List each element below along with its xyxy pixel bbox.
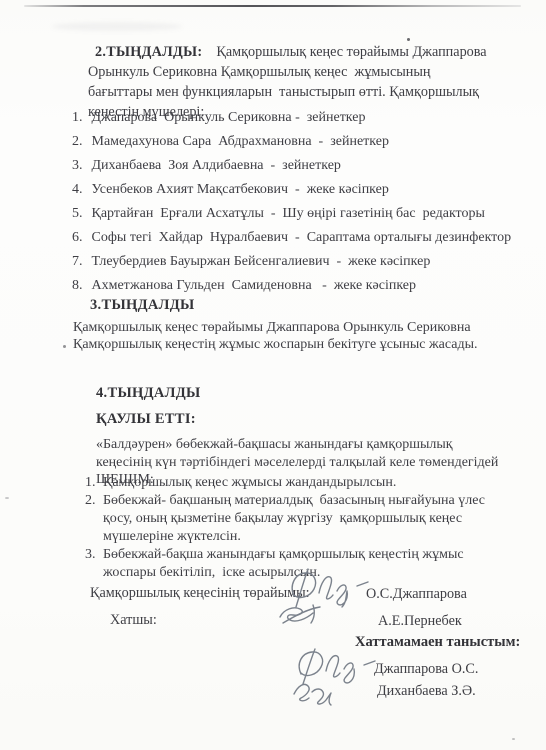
scan-artifact-smudge <box>52 22 182 31</box>
scanned-protocol-page: 2.ТЫҢДАЛДЫ:Қамқоршылық кеңес төрайымы Дж… <box>0 0 546 750</box>
member-number: 3. <box>72 158 88 173</box>
member-text: Мамедахунова Сара Абдрахмановна - зейнет… <box>92 134 389 149</box>
scan-artifact-dot <box>63 345 66 348</box>
member-text: Қартайған Ерғали Асхатұлы - Шу өңірі газ… <box>92 206 485 221</box>
member-text: Софы тегі Хайдар Нұралбаевич - Сараптама… <box>92 230 512 245</box>
member-row: 2. Мамедахунова Сара Абдрахмановна - зей… <box>72 134 532 149</box>
section-2-heading: 2.ТЫҢДАЛДЫ: <box>95 44 202 60</box>
section-4-heading: 4.ТЫҢДАЛДЫ <box>96 385 201 402</box>
member-row: 6. Софы тегі Хайдар Нұралбаевич - Сарапт… <box>72 230 532 245</box>
member-row: 7. Тлеубердиев Бауыржан Бейсенгалиевич -… <box>72 254 532 269</box>
decisions-list: 1.Қамқоршылық кеңес жұмысы жандандырылсы… <box>85 474 510 582</box>
decision-text: Бөбекжай- бақшаның материалдық базасының… <box>103 493 488 544</box>
decision-row: 2.Бөбекжай- бақшаның материалдық базасын… <box>85 492 510 546</box>
decision-number: 2. <box>85 492 103 510</box>
member-text: Ахметжанова Гульден Самиденовна - жеке к… <box>92 278 417 293</box>
section-3-heading: 3.ТЫҢДАЛДЫ <box>90 297 195 314</box>
decision-text: Қамқоршылық кеңес жұмысы жандандырылсын. <box>103 475 396 490</box>
acknowledgement-name: Диханбаева З.Ә. <box>377 683 476 700</box>
member-number: 7. <box>72 254 88 269</box>
member-number: 1. <box>72 110 88 125</box>
scan-artifact-top-edge <box>24 5 521 7</box>
section-3-paragraph: Қамқоршылық кеңес төрайымы Джаппарова Ор… <box>73 320 501 353</box>
decision-number: 3. <box>85 546 103 564</box>
decision-row: 1.Қамқоршылық кеңес жұмысы жандандырылсы… <box>85 474 510 492</box>
member-text: Тлеубердиев Бауыржан Бейсенгалиевич - же… <box>92 254 431 269</box>
member-row: 1. Джапарова Орынкуль Сериковна - зейнет… <box>72 110 532 125</box>
members-list: 1. Джапарова Орынкуль Сериковна - зейнет… <box>72 110 532 302</box>
secretary-label: Хатшы: <box>110 612 157 629</box>
signature-acknowledgement-icon <box>288 648 382 706</box>
member-number: 8. <box>72 278 88 293</box>
member-row: 5. Қартайған Ерғали Асхатұлы - Шу өңірі … <box>72 206 532 221</box>
member-number: 2. <box>72 134 88 149</box>
acknowledgement-name: Джаппарова О.С. <box>374 661 478 678</box>
member-number: 6. <box>72 230 88 245</box>
resolution-heading: ҚАУЛЫ ЕТТІ: <box>96 411 196 428</box>
decision-number: 1. <box>85 474 103 492</box>
member-row: 4. Усенбеков Ахият Мақсатбекович - жеке … <box>72 182 532 197</box>
member-row: 3. Диханбаева Зоя Алдибаевна - зейнеткер <box>72 158 532 173</box>
member-text: Усенбеков Ахият Мақсатбекович - жеке кәс… <box>92 182 389 197</box>
scan-artifact-dot <box>5 497 9 499</box>
member-number: 5. <box>72 206 88 221</box>
secretary-name: А.Е.Пернебек <box>378 613 462 630</box>
scan-artifact-dot <box>512 738 515 740</box>
chair-name: О.С.Джаппарова <box>366 586 467 603</box>
member-text: Диханбаева Зоя Алдибаевна - зейнеткер <box>92 158 341 173</box>
chair-label: Қамқоршылық кеңесінің төрайымы: <box>90 585 310 602</box>
member-number: 4. <box>72 182 88 197</box>
scan-artifact-dot <box>407 38 410 41</box>
member-text: Джапарова Орынкуль Сериковна - зейнеткер <box>92 110 366 125</box>
member-row: 8. Ахметжанова Гульден Самиденовна - жек… <box>72 278 532 293</box>
signature-secretary-icon <box>276 601 326 628</box>
